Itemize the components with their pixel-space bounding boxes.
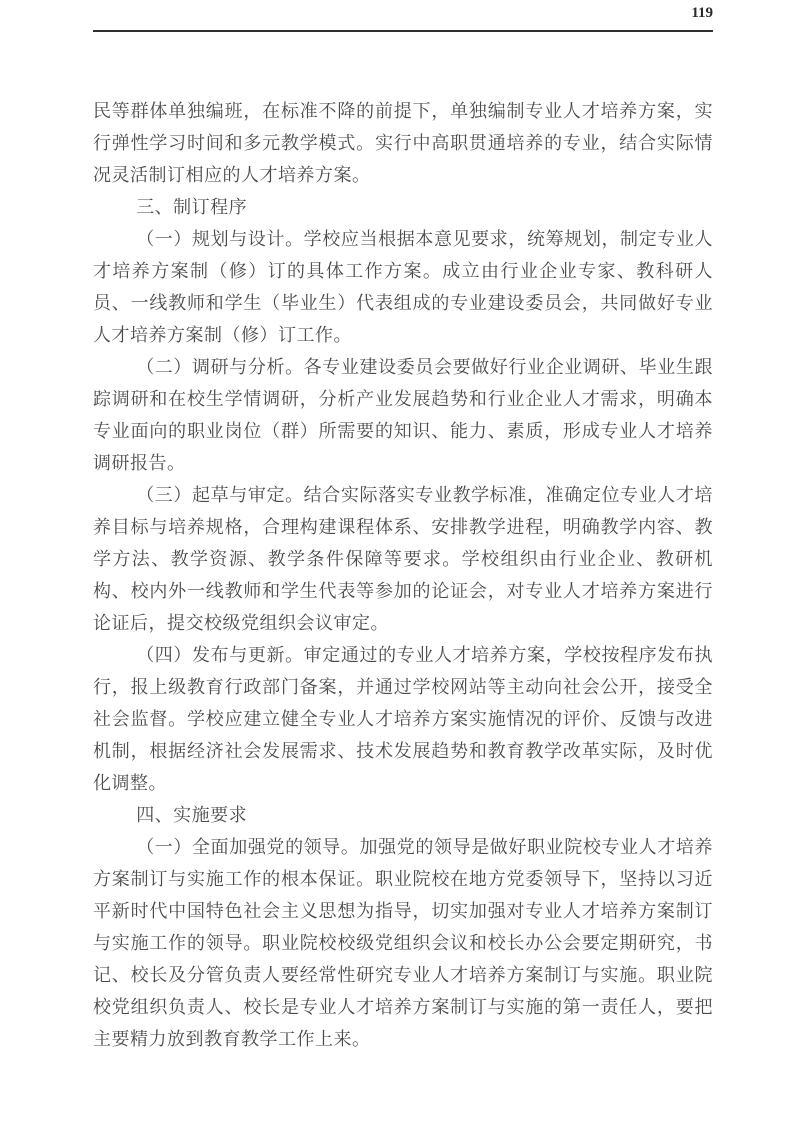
paragraph: （一）规划与设计。学校应当根据本意见要求，统筹规划，制定专业人才培养方案制（修）… [93,223,713,351]
header-rule [93,30,713,32]
paragraph: 三、制订程序 [93,191,713,223]
paragraph: 四、实施要求 [93,799,713,831]
paragraph: （三）起草与审定。结合实际落实专业教学标准，准确定位专业人才培养目标与培养规格，… [93,479,713,639]
paragraph: （二）调研与分析。各专业建设委员会要做好行业企业调研、毕业生跟踪调研和在校生学情… [93,351,713,479]
document-body: 民等群体单独编班，在标准不降的前提下，单独编制专业人才培养方案，实行弹性学习时间… [93,95,713,1055]
page-header: 119 [93,2,713,24]
paragraph: 民等群体单独编班，在标准不降的前提下，单独编制专业人才培养方案，实行弹性学习时间… [93,95,713,191]
page-number: 119 [93,2,713,24]
paragraph: （一）全面加强党的领导。加强党的领导是做好职业院校专业人才培养方案制订与实施工作… [93,831,713,1055]
paragraph: （四）发布与更新。审定通过的专业人才培养方案，学校按程序发布执行，报上级教育行政… [93,639,713,799]
document-page: 119 民等群体单独编班，在标准不降的前提下，单独编制专业人才培养方案，实行弹性… [0,0,793,1122]
